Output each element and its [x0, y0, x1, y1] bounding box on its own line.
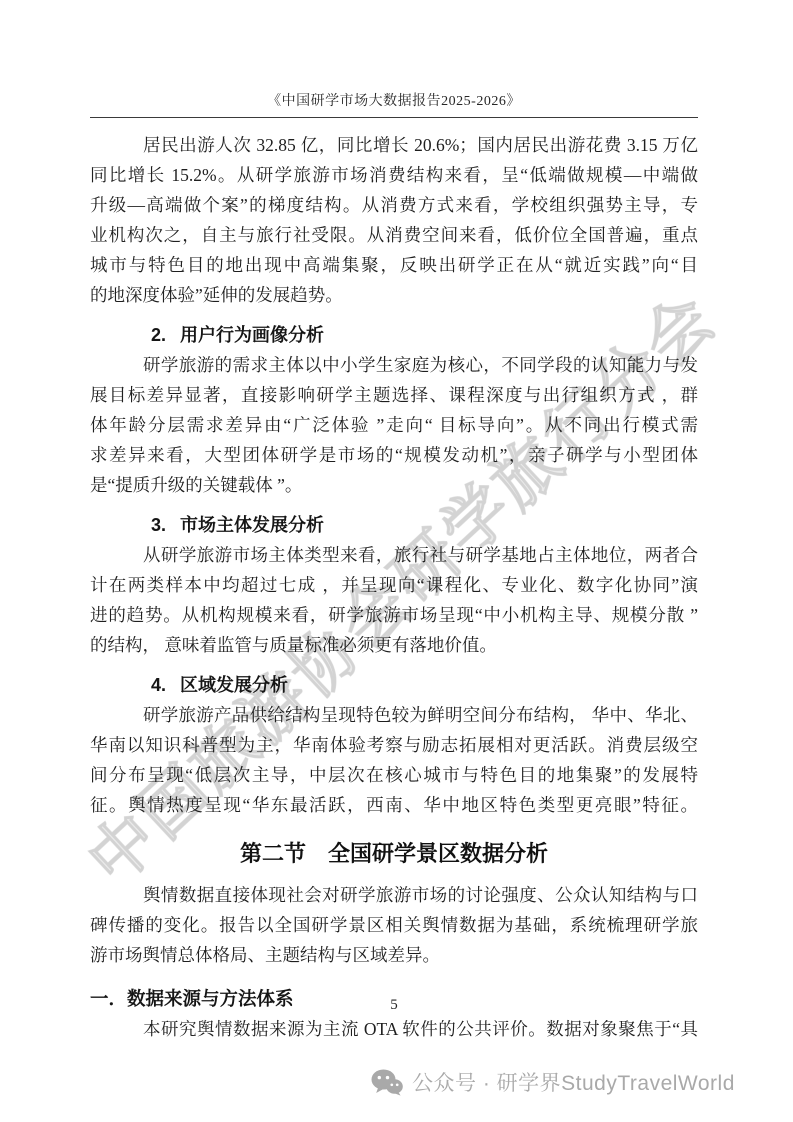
subheading-text: 用户行为画像分析: [180, 325, 324, 345]
subheading-text: 区域发展分析: [180, 675, 288, 695]
subheading-text: 市场主体发展分析: [180, 515, 324, 535]
subheading-number: 4.: [151, 675, 166, 695]
text-line: 间分布呈现“低层次主导，中层次在核心城市与特色目的地集聚”的发展特: [90, 760, 698, 790]
text-line: 居民出游人次 32.85 亿，同比增长 20.6%；国内居民出游花费 3.15 …: [90, 130, 698, 160]
text-line: 游市场舆情总体格局、主题结构与区域差异。: [90, 940, 698, 970]
text-line: 同比增长 15.2%。从研学旅游市场消费结构来看，呈“低端做规模—中端做: [90, 160, 698, 190]
page-number: 5: [90, 997, 698, 1014]
paragraph: 舆情数据直接体现社会对研学旅游市场的讨论强度、公众认知结构与口碑传播的变化。报告…: [90, 880, 698, 970]
text-line: 进的趋势。从机构规模来看，研学旅游市场呈现“中小机构主导、规模分散 ”: [90, 600, 698, 630]
numbered-subheading: 3.市场主体发展分析: [90, 510, 698, 540]
text-line: 是“提质升级的关键载体 ”。: [90, 470, 698, 500]
text-line: 的地深度体验”延伸的发展趋势。: [90, 280, 698, 310]
text-line: 体年龄分层需求差异由“广泛体验 ”走向“ 目标导向”。从不同出行模式需: [90, 410, 698, 440]
text-line: 升级—高端做个案”的梯度结构。从消费方式来看，学校组织强势主导，专: [90, 190, 698, 220]
numbered-subheading: 4.区域发展分析: [90, 670, 698, 700]
paragraph: 居民出游人次 32.85 亿，同比增长 20.6%；国内居民出游花费 3.15 …: [90, 130, 698, 310]
text-line: 碑传播的变化。报告以全国研学景区相关舆情数据为基础，系统梳理研学旅: [90, 910, 698, 940]
header-title: 《中国研学市场大数据报告2025-2026》: [267, 94, 521, 109]
text-line: 求差异来看，大型团体研学是市场的“规模发动机”，亲子研学与小型团体: [90, 440, 698, 470]
text-line: 展目标差异显著，直接影响研学主题选择、课程深度与出行组织方式 ，群: [90, 380, 698, 410]
paragraph: 本研究舆情数据来源为主流 OTA 软件的公共评价。数据对象聚焦于“具: [90, 1014, 698, 1044]
numbered-subheading: 2.用户行为画像分析: [90, 320, 698, 350]
paragraph: 从研学旅游市场主体类型来看，旅行社与研学基地占主体地位，两者合计在两类样本中均超…: [90, 540, 698, 660]
document-page: 中国旅游协会研学旅行分会 《中国研学市场大数据报告2025-2026》 居民出游…: [0, 0, 793, 1122]
text-line: 计在两类样本中均超过七成 ，并呈现向“课程化、专业化、数字化协同”演: [90, 570, 698, 600]
text-line: 研学旅游产品供给结构呈现特色较为鲜明空间分布结构， 华中、华北、: [90, 700, 698, 730]
text-line: 征。舆情热度呈现“华东最活跃，西南、华中地区特色类型更亮眼”特征。: [90, 790, 698, 820]
wechat-icon: [371, 1069, 403, 1096]
paragraph: 研学旅游的需求主体以中小学生家庭为核心，不同学段的认知能力与发展目标差异显著，直…: [90, 350, 698, 500]
subheading-number: 2.: [151, 325, 166, 345]
text-line: 从研学旅游市场主体类型来看，旅行社与研学基地占主体地位，两者合: [90, 540, 698, 570]
text-line: 华南以知识科普型为主，华南体验考察与励志拓展相对更活跃。消费层级空: [90, 730, 698, 760]
paragraph: 研学旅游产品供给结构呈现特色较为鲜明空间分布结构， 华中、华北、华南以知识科普型…: [90, 700, 698, 820]
page-header: 《中国研学市场大数据报告2025-2026》: [90, 92, 698, 118]
document-body: 居民出游人次 32.85 亿，同比增长 20.6%；国内居民出游花费 3.15 …: [90, 130, 698, 1044]
section-title: 第二节 全国研学景区数据分析: [90, 836, 698, 872]
text-line: 业机构次之，自主与旅行社受限。从消费空间来看，低价位全国普遍，重点: [90, 220, 698, 250]
page-content: 《中国研学市场大数据报告2025-2026》 居民出游人次 32.85 亿，同比…: [90, 0, 698, 1044]
footer-label: 公众号 · 研学界StudyTravelWorld: [412, 1067, 735, 1097]
subheading-number: 3.: [151, 515, 166, 535]
text-line: 的结构， 意味着监管与质量标准必须更有落地价值。: [90, 630, 698, 660]
text-line: 本研究舆情数据来源为主流 OTA 软件的公共评价。数据对象聚焦于“具: [90, 1014, 698, 1044]
text-line: 城市与特色目的地出现中高端集聚，反映出研学正在从“就近实践”向“目: [90, 250, 698, 280]
text-line: 研学旅游的需求主体以中小学生家庭为核心，不同学段的认知能力与发: [90, 350, 698, 380]
text-line: 舆情数据直接体现社会对研学旅游市场的讨论强度、公众认知结构与口: [90, 880, 698, 910]
footer: 公众号 · 研学界StudyTravelWorld: [371, 1067, 735, 1097]
